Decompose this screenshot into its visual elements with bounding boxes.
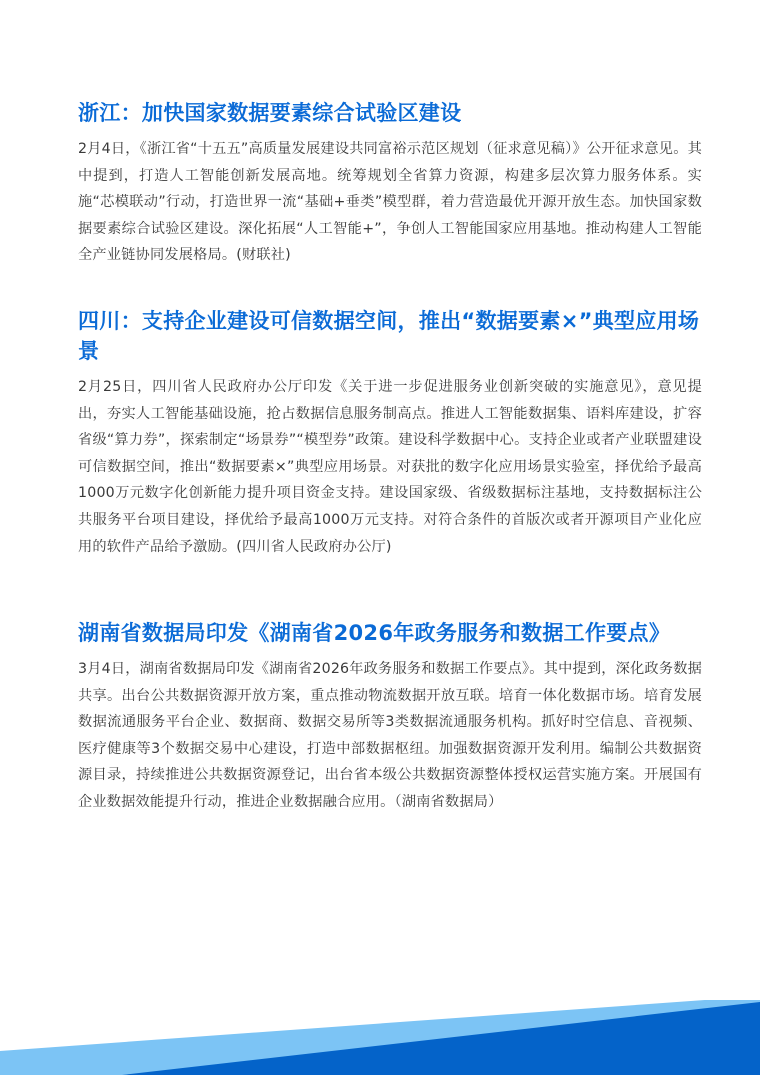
footer-wave-decoration: [0, 1000, 760, 1075]
section-title: 浙江：加快国家数据要素综合试验区建设: [78, 98, 702, 128]
section-title: 湖南省数据局印发《湖南省2026年政务服务和数据工作要点》: [78, 618, 702, 648]
section-body: 2月4日，《浙江省“十五五”高质量发展建设共同富裕示范区规划（征求意见稿）》公开…: [78, 136, 702, 269]
news-section-zhejiang: 浙江：加快国家数据要素综合试验区建设 2月4日，《浙江省“十五五”高质量发展建设…: [78, 98, 702, 269]
section-body: 3月4日，湖南省数据局印发《湖南省2026年政务服务和数据工作要点》。其中提到，…: [78, 656, 702, 816]
section-title: 四川：支持企业建设可信数据空间，推出“数据要素×”典型应用场景: [78, 306, 702, 366]
news-section-hunan: 湖南省数据局印发《湖南省2026年政务服务和数据工作要点》 3月4日，湖南省数据…: [78, 618, 702, 816]
news-section-sichuan: 四川：支持企业建设可信数据空间，推出“数据要素×”典型应用场景 2月25日，四川…: [78, 306, 702, 560]
section-body: 2月25日，四川省人民政府办公厅印发《关于进一步促进服务业创新突破的实施意见》，…: [78, 374, 702, 560]
